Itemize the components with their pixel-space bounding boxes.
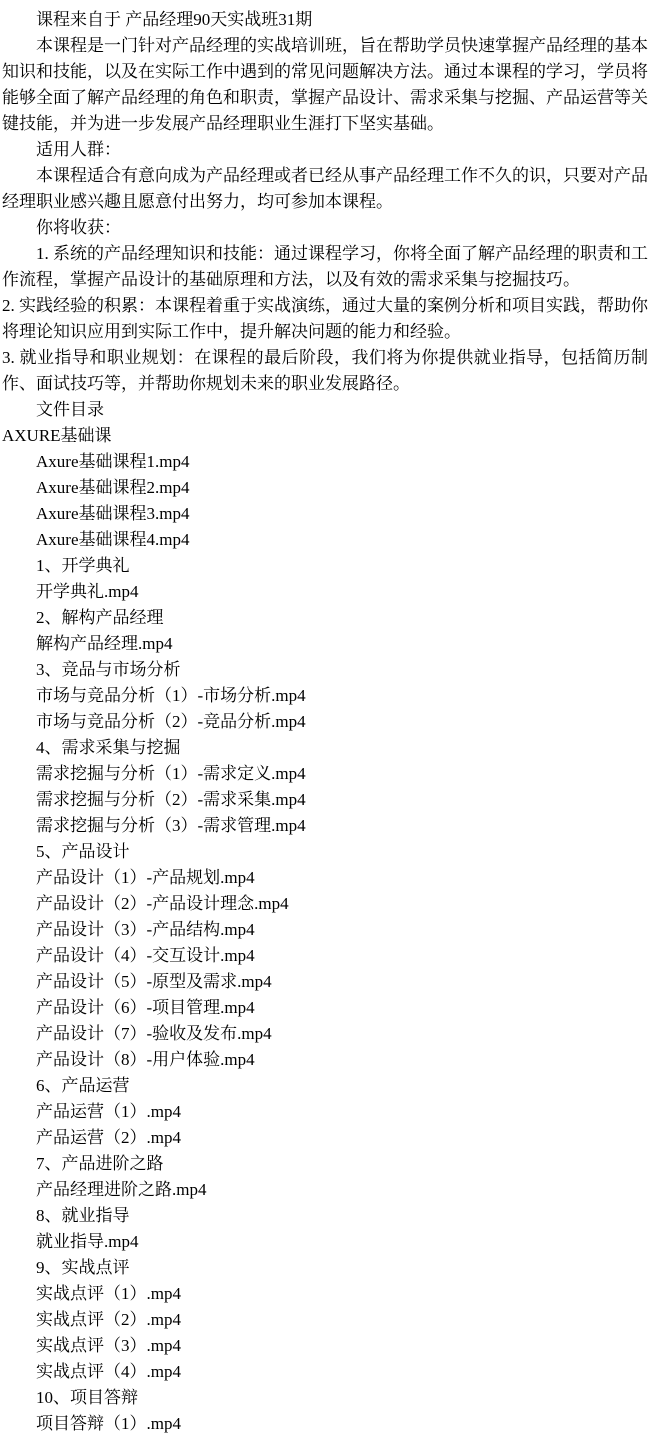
catalog-entry: 需求挖掘与分析（2）-需求采集.mp4 [2,787,648,813]
catalog-entry: 5、产品设计 [2,839,648,865]
catalog-entry: Axure基础课程3.mp4 [2,501,648,527]
catalog-entry: 项目答辩（1）.mp4 [2,1411,648,1437]
catalog-entry: 产品设计（6）-项目管理.mp4 [2,995,648,1021]
description-paragraph: 1. 系统的产品经理知识和技能：通过课程学习，你将全面了解产品经理的职责和工作流… [2,241,648,293]
catalog-entry: Axure基础课程1.mp4 [2,449,648,475]
catalog-entry: 产品运营（2）.mp4 [2,1125,648,1151]
catalog-entry: 市场与竞品分析（1）-市场分析.mp4 [2,683,648,709]
catalog-entry: 产品设计（2）-产品设计理念.mp4 [2,891,648,917]
catalog-entry: 实战点评（1）.mp4 [2,1281,648,1307]
description-paragraph: 本课程适合有意向成为产品经理或者已经从事产品经理工作不久的识，只要对产品经理职业… [2,163,648,215]
catalog-entry: 产品设计（8）-用户体验.mp4 [2,1047,648,1073]
catalog-entry: 产品设计（5）-原型及需求.mp4 [2,969,648,995]
course-description: 本课程是一门针对产品经理的实战培训班，旨在帮助学员快速掌握产品经理的基本知识和技… [2,33,648,397]
catalog-entry: 需求挖掘与分析（1）-需求定义.mp4 [2,761,648,787]
catalog-entry: 1、开学典礼 [2,553,648,579]
catalog-entry: 开学典礼.mp4 [2,579,648,605]
description-paragraph: 适用人群： [2,137,648,163]
catalog-entry: 4、需求采集与挖掘 [2,735,648,761]
catalog-root-folder: AXURE基础课 [2,423,648,449]
description-paragraph: 你将收获： [2,215,648,241]
catalog-entry: 实战点评（4）.mp4 [2,1359,648,1385]
catalog-entry: 10、项目答辩 [2,1385,648,1411]
course-source-line: 课程来自于 产品经理90天实战班31期 [2,7,648,33]
catalog-entry: 8、就业指导 [2,1203,648,1229]
description-paragraph: 本课程是一门针对产品经理的实战培训班，旨在帮助学员快速掌握产品经理的基本知识和技… [2,33,648,137]
catalog-entry: 产品经理进阶之路.mp4 [2,1177,648,1203]
catalog-heading: 文件目录 [2,397,648,423]
catalog-entry: 7、产品进阶之路 [2,1151,648,1177]
catalog-entry: 6、产品运营 [2,1073,648,1099]
catalog-entry-list: Axure基础课程1.mp4Axure基础课程2.mp4Axure基础课程3.m… [2,449,648,1437]
catalog-entry: 2、解构产品经理 [2,605,648,631]
catalog-entry: 产品运营（1）.mp4 [2,1099,648,1125]
catalog-entry: 解构产品经理.mp4 [2,631,648,657]
catalog-entry: 产品设计（4）-交互设计.mp4 [2,943,648,969]
catalog-entry: Axure基础课程4.mp4 [2,527,648,553]
catalog-entry: 实战点评（3）.mp4 [2,1333,648,1359]
catalog-entry: 产品设计（3）-产品结构.mp4 [2,917,648,943]
catalog-entry: 3、竞品与市场分析 [2,657,648,683]
catalog-entry: 需求挖掘与分析（3）-需求管理.mp4 [2,813,648,839]
description-paragraph: 2. 实践经验的积累：本课程着重于实战演练，通过大量的案例分析和项目实践，帮助你… [2,293,648,345]
file-catalog: AXURE基础课 Axure基础课程1.mp4Axure基础课程2.mp4Axu… [2,423,648,1437]
catalog-entry: 就业指导.mp4 [2,1229,648,1255]
catalog-entry: 产品设计（7）-验收及发布.mp4 [2,1021,648,1047]
catalog-entry: 9、实战点评 [2,1255,648,1281]
catalog-entry: Axure基础课程2.mp4 [2,475,648,501]
catalog-entry: 市场与竞品分析（2）-竞品分析.mp4 [2,709,648,735]
catalog-entry: 实战点评（2）.mp4 [2,1307,648,1333]
document-page: 课程来自于 产品经理90天实战班31期 本课程是一门针对产品经理的实战培训班，旨… [0,0,650,1449]
catalog-entry: 产品设计（1）-产品规划.mp4 [2,865,648,891]
description-paragraph: 3. 就业指导和职业规划：在课程的最后阶段，我们将为你提供就业指导，包括简历制作… [2,345,648,397]
